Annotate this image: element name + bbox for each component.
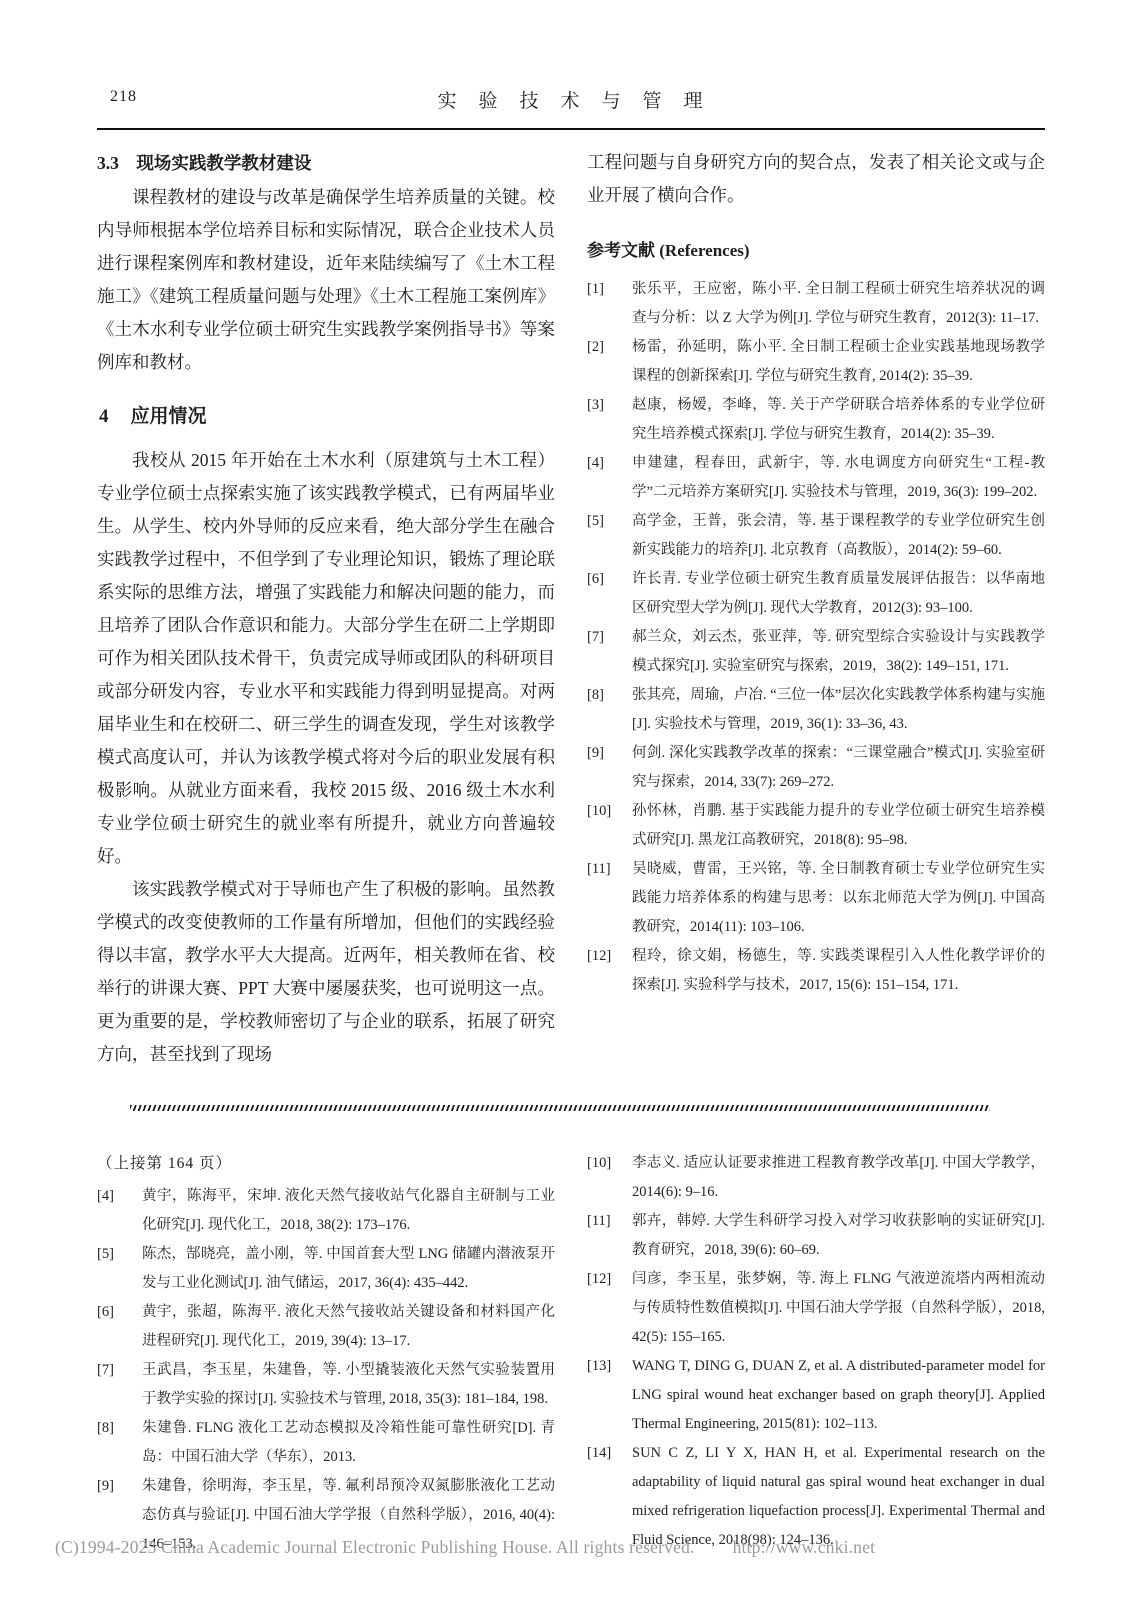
reference-item: [7]郝兰众，刘云杰，张亚萍，等. 研究型综合实验设计与实践教学模式探究[J].… — [587, 623, 1045, 681]
reference-text: 孙怀林，肖鹏. 基于实践能力提升的专业学位硕士研究生培养模式研究[J]. 黑龙江… — [632, 803, 1045, 848]
reference-item: [6]黄宇，张超，陈海平. 液化天然气接收站关键设备和材料国产化进程研究[J].… — [97, 1298, 555, 1356]
reference-number: [8] — [97, 1414, 114, 1443]
reference-number: [3] — [587, 391, 604, 420]
header-rule — [97, 128, 1045, 130]
journal-title: 实验技术与管理 — [0, 86, 1140, 113]
section-4-title: 应用情况 — [131, 406, 207, 427]
section-3-3-heading: 3.3 现场实践教学教材建设 — [97, 150, 555, 175]
reference-item: [9]何剑. 深化实践教学改革的探索：“三课堂融合”模式[J]. 实验室研究与探… — [587, 739, 1045, 797]
reference-item: [10]孙怀林，肖鹏. 基于实践能力提升的专业学位硕士研究生培养模式研究[J].… — [587, 797, 1045, 855]
reference-item: [1]张乐平，王应密，陈小平. 全日制工程硕士研究生培养状况的调查与分析：以 Z… — [587, 275, 1045, 333]
reference-text: 张其亮，周瑜，卢冶. “三位一体”层次化实践教学体系构建与实施[J]. 实验技术… — [632, 687, 1045, 732]
reference-text: 闫彦，李玉星，张梦娴，等. 海上 FLNG 气液逆流塔内两相流动与传质特性数值模… — [632, 1271, 1045, 1345]
reference-number: [9] — [587, 739, 604, 768]
reference-text: 李志义. 适应认证要求推进工程教育教学改革[J]. 中国大学教学，2014(6)… — [632, 1155, 1045, 1200]
reference-item: [8]张其亮，周瑜，卢冶. “三位一体”层次化实践教学体系构建与实施[J]. 实… — [587, 681, 1045, 739]
reference-item: [4]黄宇，陈海平，宋坤. 液化天然气接收站气化器自主研制与工业化研究[J]. … — [97, 1182, 555, 1240]
reference-item: [11]吴晓威，曹雷，王兴铭，等. 全日制教育硕士专业学位研究生实践能力培养体系… — [587, 855, 1045, 942]
reference-number: [14] — [587, 1439, 611, 1468]
reference-text: 黄宇，陈海平，宋坤. 液化天然气接收站气化器自主研制与工业化研究[J]. 现代化… — [142, 1188, 555, 1233]
reference-number: [5] — [587, 507, 604, 536]
reference-item: [4]申建建，程春田，武新宇，等. 水电调度方向研究生“工程-教学”二元培养方案… — [587, 449, 1045, 507]
reference-text: 申建建，程春田，武新宇，等. 水电调度方向研究生“工程-教学”二元培养方案研究[… — [632, 455, 1045, 500]
reference-item: [12]程玲，徐文娟，杨德生，等. 实践类课程引入人性化教学评价的探索[J]. … — [587, 942, 1045, 1000]
section-4-number: 4 — [99, 406, 109, 427]
continued-right-column: [10]李志义. 适应认证要求推进工程教育教学改革[J]. 中国大学教学，201… — [587, 1149, 1045, 1555]
reference-number: [5] — [97, 1240, 114, 1269]
reference-text: 何剑. 深化实践教学改革的探索：“三课堂融合”模式[J]. 实验室研究与探索，2… — [632, 745, 1045, 790]
reference-text: 黄宇，张超，陈海平. 液化天然气接收站关键设备和材料国产化进程研究[J]. 现代… — [142, 1304, 555, 1349]
reference-text: 郭卉，韩婷. 大学生科研学习投入对学习收获影响的实证研究[J]. 教育研究，20… — [632, 1213, 1045, 1258]
reference-number: [1] — [587, 275, 604, 304]
reference-number: [9] — [97, 1472, 114, 1501]
reference-text: 张乐平，王应密，陈小平. 全日制工程硕士研究生培养状况的调查与分析：以 Z 大学… — [632, 281, 1045, 326]
section-4-paragraph-2: 该实践教学模式对于导师也产生了积极的影响。虽然教学模式的改变使教师的工作量有所增… — [97, 873, 555, 1071]
reference-item: [3]赵康，杨嫒，李峰，等. 关于产学研联合培养体系的专业学位研究生培养模式探索… — [587, 391, 1045, 449]
section-divider — [130, 1105, 990, 1111]
reference-text: 朱建鲁. FLNG 液化工艺动态模拟及冷箱性能可靠性研究[D]. 青岛：中国石油… — [142, 1420, 555, 1465]
copyright-text: (C)1994-2023 China Academic Journal Elec… — [55, 1537, 695, 1557]
reference-number: [10] — [587, 1149, 611, 1178]
reference-item: [11]郭卉，韩婷. 大学生科研学习投入对学习收获影响的实证研究[J]. 教育研… — [587, 1207, 1045, 1265]
reference-number: [6] — [97, 1298, 114, 1327]
reference-item: [2]杨雷，孙延明，陈小平. 全日制工程硕士企业实践基地现场教学课程的创新探索[… — [587, 333, 1045, 391]
reference-item: [7]王武昌，李玉星，朱建鲁，等. 小型撬装液化天然气实验装置用于教学实验的探讨… — [97, 1356, 555, 1414]
reference-text: 高学金，王普，张会清，等. 基于课程教学的专业学位研究生创新实践能力的培养[J]… — [632, 513, 1045, 558]
reference-item: [8]朱建鲁. FLNG 液化工艺动态模拟及冷箱性能可靠性研究[D]. 青岛：中… — [97, 1414, 555, 1472]
reference-text: 许长青. 专业学位硕士研究生教育质量发展评估报告：以华南地区研究型大学为例[J]… — [632, 571, 1045, 616]
continued-from-note: （上接第 164 页） — [97, 1149, 555, 1178]
journal-page: 218 实验技术与管理 3.3 现场实践教学教材建设 课程教材的建设与改革是确保… — [0, 0, 1140, 1600]
right-column: 工程问题与自身研究方向的契合点，发表了相关论文或与企业开展了横向合作。 参考文献… — [587, 146, 1045, 1000]
reference-text: 陈杰，郜晓亮，盖小刚，等. 中国首套大型 LNG 储罐内潜液泵开发与工业化测试[… — [142, 1246, 555, 1291]
main-columns: 3.3 现场实践教学教材建设 课程教材的建设与改革是确保学生培养质量的关键。校内… — [97, 146, 1045, 1071]
reference-text: 赵康，杨嫒，李峰，等. 关于产学研联合培养体系的专业学位研究生培养模式探索[J]… — [632, 397, 1045, 442]
reference-number: [4] — [97, 1182, 114, 1211]
section-4-heading: 4应用情况 — [99, 401, 555, 428]
reference-number: [11] — [587, 1207, 611, 1236]
continuation-paragraph: 工程问题与自身研究方向的契合点，发表了相关论文或与企业开展了横向合作。 — [587, 146, 1045, 212]
reference-item: [6]许长青. 专业学位硕士研究生教育质量发展评估报告：以华南地区研究型大学为例… — [587, 565, 1045, 623]
reference-text: 郝兰众，刘云杰，张亚萍，等. 研究型综合实验设计与实践教学模式探究[J]. 实验… — [632, 629, 1045, 674]
reference-number: [7] — [97, 1356, 114, 1385]
reference-number: [2] — [587, 333, 604, 362]
reference-text: 杨雷，孙延明，陈小平. 全日制工程硕士企业实践基地现场教学课程的创新探索[J].… — [632, 339, 1045, 384]
reference-text: 吴晓威，曹雷，王兴铭，等. 全日制教育硕士专业学位研究生实践能力培养体系的构建与… — [632, 861, 1045, 935]
references-list: [1]张乐平，王应密，陈小平. 全日制工程硕士研究生培养状况的调查与分析：以 Z… — [587, 275, 1045, 1000]
reference-number: [6] — [587, 565, 604, 594]
reference-number: [7] — [587, 623, 604, 652]
reference-text: WANG T, DING G, DUAN Z, et al. A distrib… — [632, 1358, 1045, 1432]
reference-number: [8] — [587, 681, 604, 710]
left-column: 3.3 现场实践教学教材建设 课程教材的建设与改革是确保学生培养质量的关键。校内… — [97, 146, 555, 1071]
continued-left-column: （上接第 164 页） [4]黄宇，陈海平，宋坤. 液化天然气接收站气化器自主研… — [97, 1149, 555, 1559]
page-header: 218 实验技术与管理 — [0, 0, 1140, 130]
reference-number: [10] — [587, 797, 611, 826]
continued-right-references: [10]李志义. 适应认证要求推进工程教育教学改革[J]. 中国大学教学，201… — [587, 1149, 1045, 1555]
reference-number: [12] — [587, 942, 611, 971]
reference-number: [12] — [587, 1265, 611, 1294]
reference-text: 王武昌，李玉星，朱建鲁，等. 小型撬装液化天然气实验装置用于教学实验的探讨[J]… — [142, 1362, 555, 1407]
section-3-3-paragraph: 课程教材的建设与改革是确保学生培养质量的关键。校内导师根据本学位培养目标和实际情… — [97, 181, 555, 379]
reference-item: [5]高学金，王普，张会清，等. 基于课程教学的专业学位研究生创新实践能力的培养… — [587, 507, 1045, 565]
continued-section: （上接第 164 页） [4]黄宇，陈海平，宋坤. 液化天然气接收站气化器自主研… — [97, 1149, 1045, 1559]
continued-left-references: [4]黄宇，陈海平，宋坤. 液化天然气接收站气化器自主研制与工业化研究[J]. … — [97, 1182, 555, 1559]
reference-item: [10]李志义. 适应认证要求推进工程教育教学改革[J]. 中国大学教学，201… — [587, 1149, 1045, 1207]
reference-number: [11] — [587, 855, 611, 884]
reference-item: [5]陈杰，郜晓亮，盖小刚，等. 中国首套大型 LNG 储罐内潜液泵开发与工业化… — [97, 1240, 555, 1298]
reference-text: SUN C Z, LI Y X, HAN H, et al. Experimen… — [632, 1445, 1045, 1548]
references-heading: 参考文献 (References) — [587, 236, 1045, 261]
reference-item: [13]WANG T, DING G, DUAN Z, et al. A dis… — [587, 1352, 1045, 1439]
cnki-url: http://www.cnki.net — [733, 1537, 876, 1557]
reference-number: [13] — [587, 1352, 611, 1381]
section-4-paragraph-1: 我校从 2015 年开始在土木水利（原建筑与土木工程）专业学位硕士点探索实施了该… — [97, 444, 555, 873]
reference-item: [12]闫彦，李玉星，张梦娴，等. 海上 FLNG 气液逆流塔内两相流动与传质特… — [587, 1265, 1045, 1352]
reference-text: 程玲，徐文娟，杨德生，等. 实践类课程引入人性化教学评价的探索[J]. 实验科学… — [632, 948, 1045, 993]
reference-number: [4] — [587, 449, 604, 478]
page-footer: (C)1994-2023 China Academic Journal Elec… — [55, 1537, 1105, 1558]
